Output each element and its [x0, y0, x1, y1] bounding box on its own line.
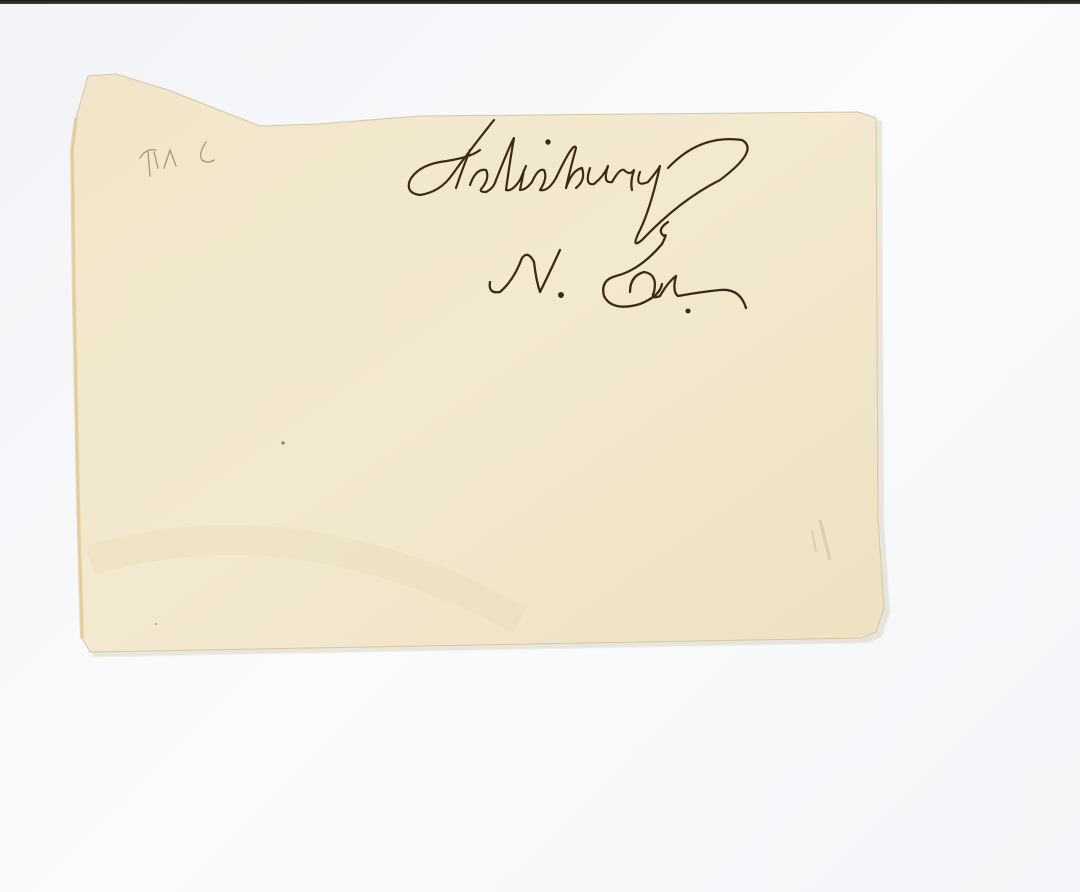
envelope-fragment: [0, 0, 1080, 892]
